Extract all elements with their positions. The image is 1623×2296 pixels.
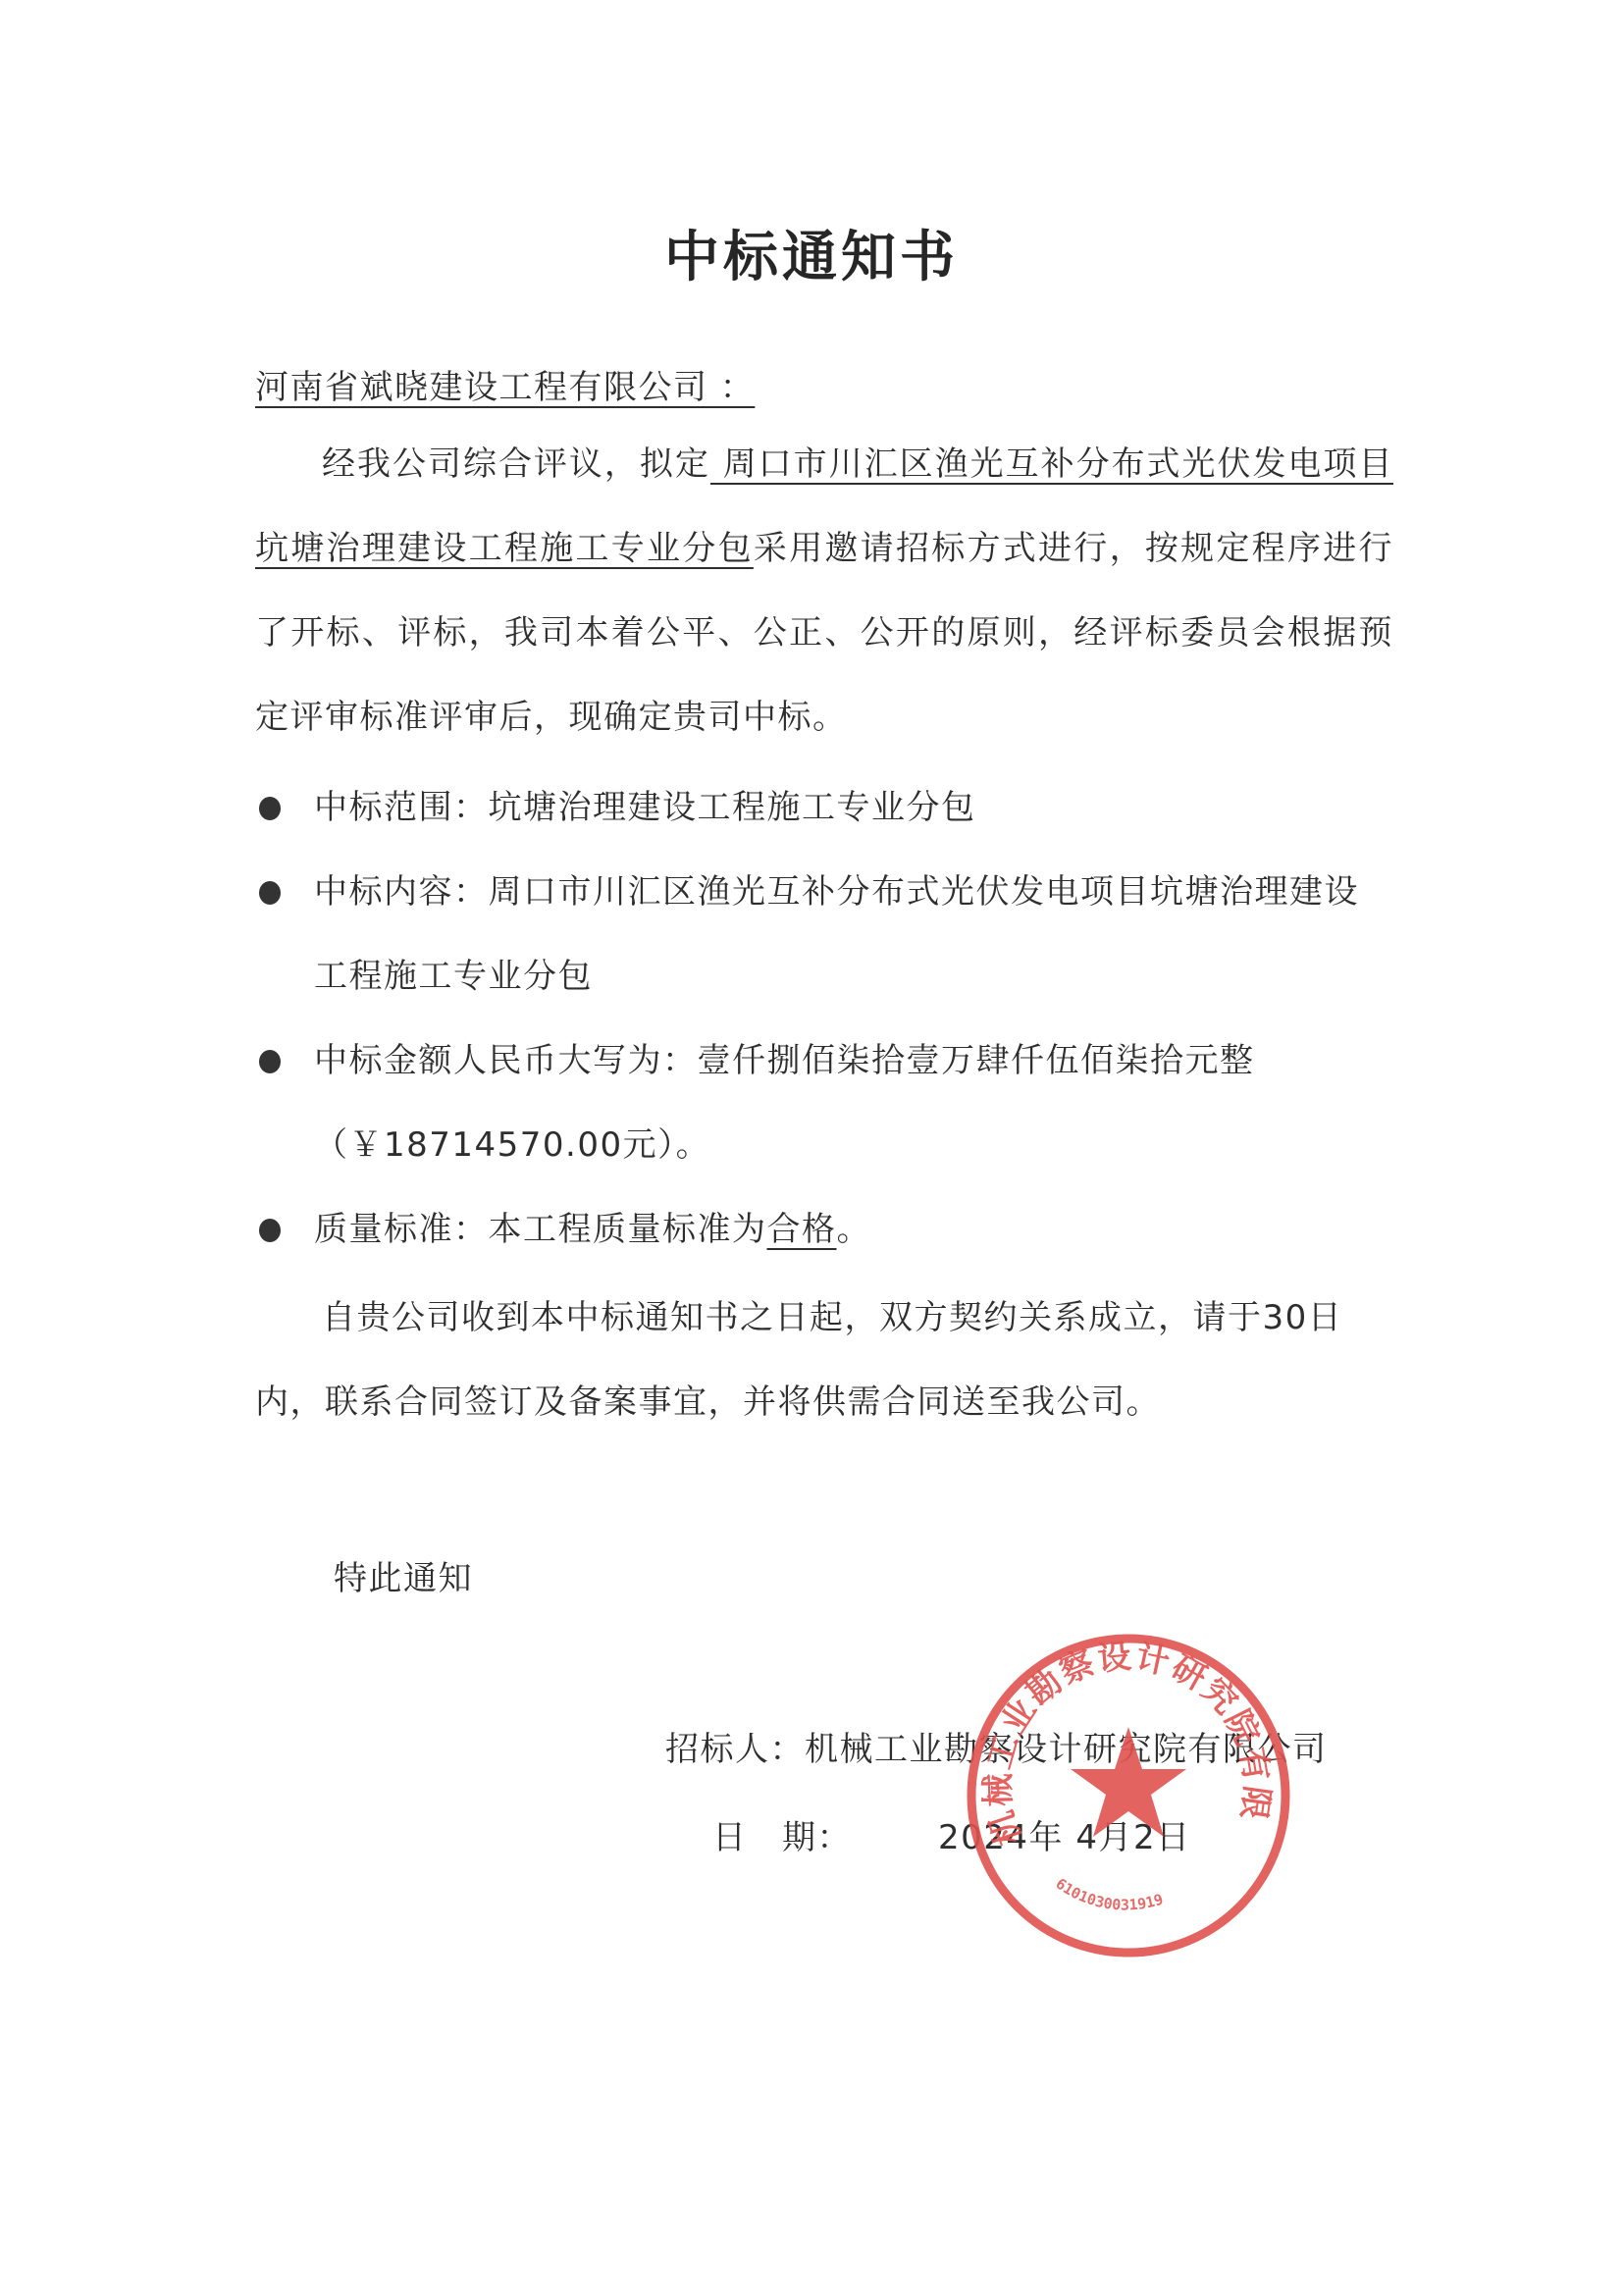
recipient-line: 河南省斌晓建设工程有限公司 ： bbox=[255, 345, 1393, 430]
quality-prefix: 质量标准：本工程质量标准为 bbox=[314, 1210, 767, 1249]
date-value: 2024年 4月2日 bbox=[938, 1818, 1191, 1857]
bullet-icon bbox=[259, 1219, 281, 1242]
award-content: 中标内容：周口市川汇区渔光互补分布式光伏发电项目坑塘治理建设工程施工专业分包 bbox=[314, 872, 1359, 996]
seal-code-text: 6101030031919 bbox=[1053, 1875, 1166, 1914]
list-item-content: 中标内容：周口市川汇区渔光互补分布式光伏发电项目坑塘治理建设工程施工专业分包 bbox=[255, 850, 1393, 1018]
award-details-list: 中标范围：坑塘治理建设工程施工专业分包 中标内容：周口市川汇区渔光互补分布式光伏… bbox=[255, 765, 1393, 1272]
bullet-icon bbox=[259, 1050, 281, 1073]
intro-paragraph: 经我公司综合评议，拟定 周口市川汇区渔光互补分布式光伏发电项目坑塘治理建设工程施… bbox=[255, 422, 1393, 759]
quality-suffix: 。 bbox=[837, 1210, 872, 1249]
signer-name: 机械工业勘察设计研究院有限公司 bbox=[805, 1730, 1328, 1769]
award-amount: 中标金额人民币大写为：壹仟捌佰柒拾壹万肆仟伍佰柒拾元整（￥18714570.00… bbox=[314, 1041, 1255, 1165]
closing-line: 特此通知 bbox=[334, 1537, 1472, 1621]
bullet-icon bbox=[259, 797, 281, 820]
award-scope: 中标范围：坑塘治理建设工程施工专业分包 bbox=[314, 788, 976, 827]
list-item-quality: 质量标准：本工程质量标准为合格。 bbox=[255, 1187, 1393, 1272]
list-item-amount: 中标金额人民币大写为：壹仟捌佰柒拾壹万肆仟伍佰柒拾元整（￥18714570.00… bbox=[255, 1018, 1393, 1187]
bullet-icon bbox=[259, 881, 281, 905]
list-item-scope: 中标范围：坑塘治理建设工程施工专业分包 bbox=[255, 765, 1393, 850]
signer-line: 招标人：机械工业勘察设计研究院有限公司 bbox=[665, 1707, 1328, 1792]
document-title: 中标通知书 bbox=[0, 214, 1623, 292]
bid-award-notice-page: 中标通知书 河南省斌晓建设工程有限公司 ： 经我公司综合评议，拟定 周口市川汇区… bbox=[0, 0, 1623, 2296]
intro-prefix: 经我公司综合评议，拟定 bbox=[322, 444, 710, 484]
signer-label: 招标人： bbox=[665, 1730, 805, 1769]
quality-standard: 合格 bbox=[767, 1210, 837, 1249]
date-line: 日 期：2024年 4月2日 bbox=[712, 1796, 1191, 1880]
contract-paragraph: 自贵公司收到本中标通知书之日起，双方契约关系成立，请于30日内，联系合同签订及备… bbox=[255, 1276, 1393, 1444]
svg-text:6101030031919: 6101030031919 bbox=[1053, 1875, 1166, 1914]
recipient-name: 河南省斌晓建设工程有限公司 ： bbox=[255, 368, 755, 407]
date-label: 日 期： bbox=[712, 1796, 938, 1880]
